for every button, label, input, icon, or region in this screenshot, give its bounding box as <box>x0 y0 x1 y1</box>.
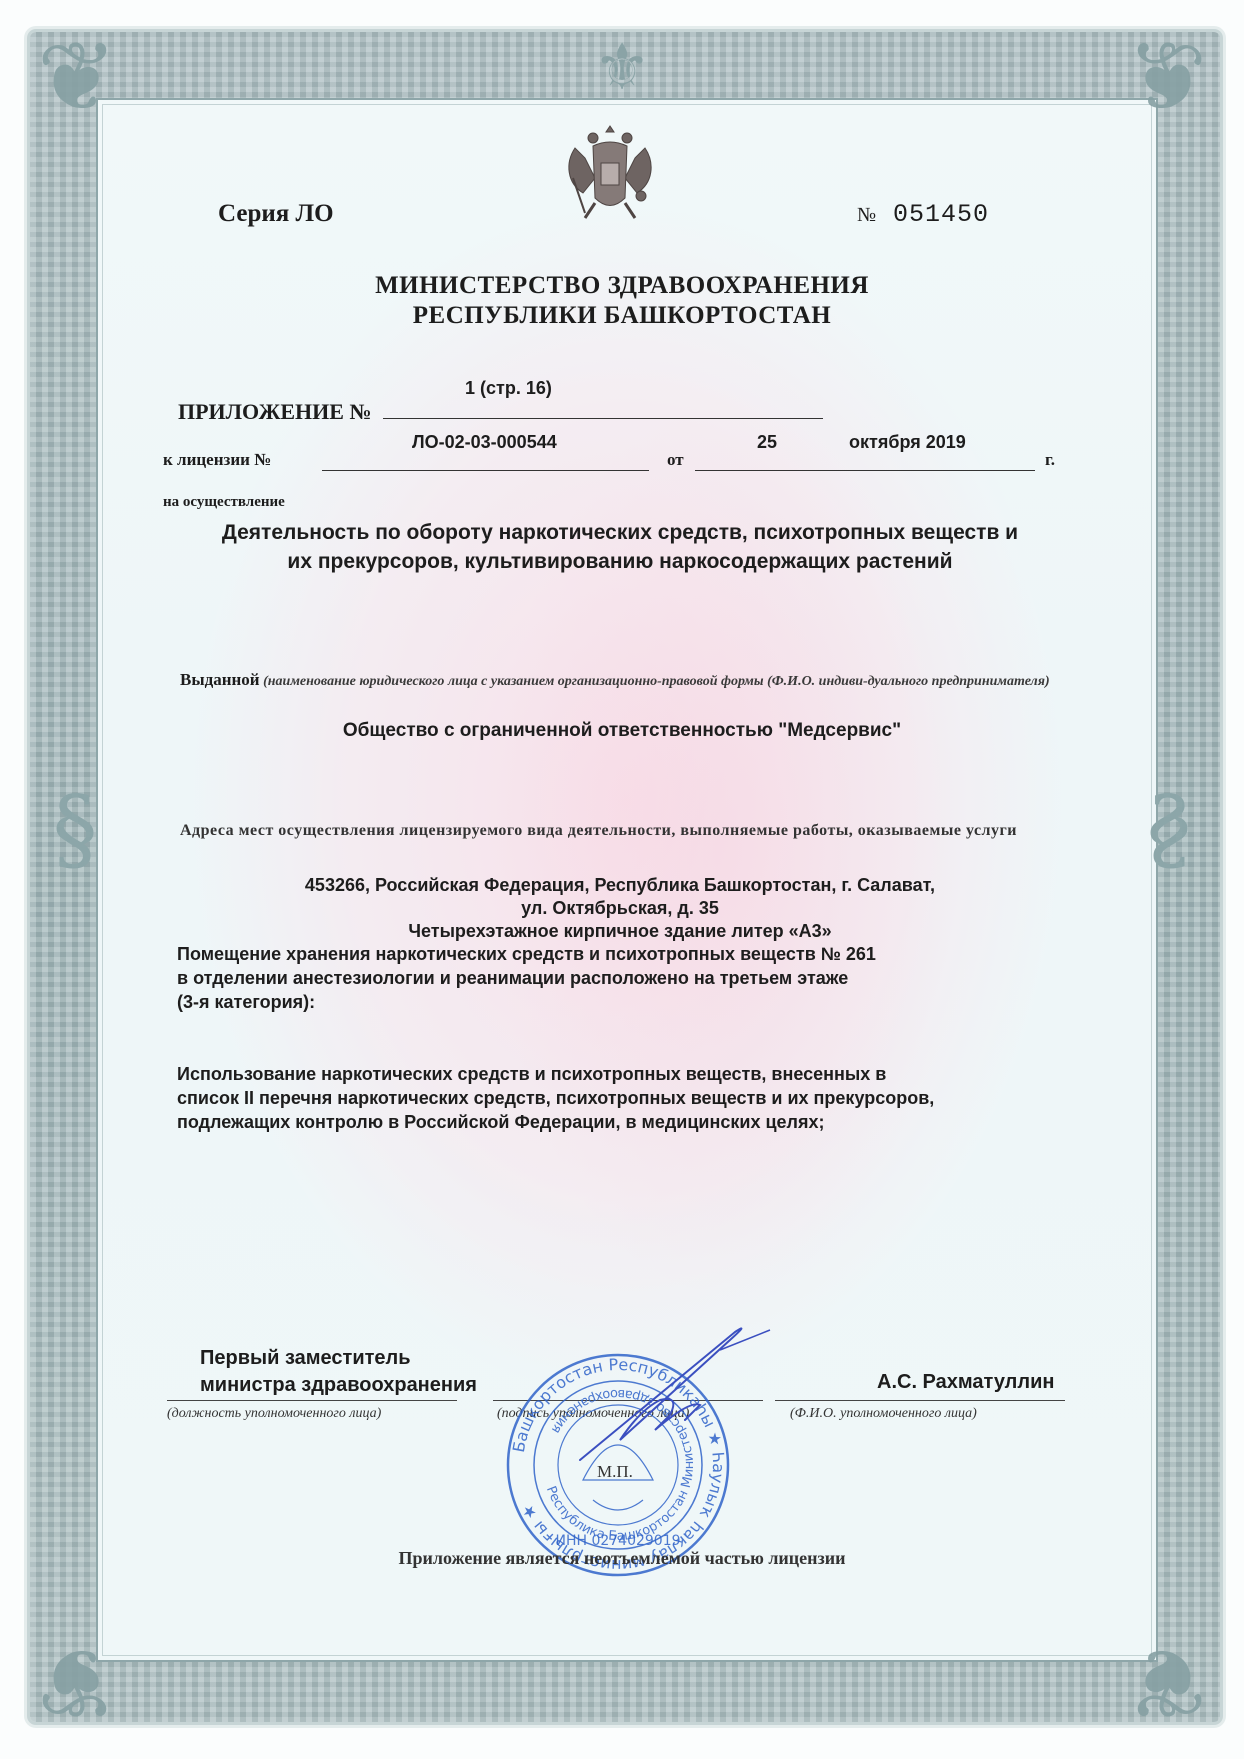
address-line2: ул. Октябрьская, д. 35 <box>170 898 1070 919</box>
license-label: к лицензии № <box>163 450 271 470</box>
series-label: Серия ЛО <box>218 200 334 228</box>
activity-description: Деятельность по обороту наркотических ср… <box>170 518 1070 576</box>
signatory-name: А.С. Рахматуллин <box>877 1371 1054 1394</box>
license-underline <box>322 470 649 471</box>
appendix-underline <box>383 418 823 419</box>
address-line6: (3-я категория): <box>177 992 315 1013</box>
number-sign: № <box>857 204 876 227</box>
footer-note: Приложение является неотъемлемой частью … <box>0 1548 1244 1569</box>
signatory-position-line1: Первый заместитель <box>200 1345 477 1372</box>
activity-line2: их прекурсоров, культивированию наркосод… <box>170 547 1070 576</box>
scroll-ornament-icon: § <box>40 755 110 905</box>
issued-label: Выданной <box>180 670 260 689</box>
issued-to-label: Выданной (наименование юридического лица… <box>180 668 1070 694</box>
usage-line2: список II перечня наркотических средств,… <box>177 1086 1077 1110</box>
year-suffix: г. <box>1045 450 1055 470</box>
date-from-label: от <box>667 450 684 470</box>
address-line4: Помещение хранения наркотических средств… <box>177 944 876 965</box>
corner-ornament-icon: ❦ <box>22 1627 132 1737</box>
name-caption: (Ф.И.О. уполномоченного лица) <box>790 1406 977 1422</box>
appendix-label: ПРИЛОЖЕНИЕ № <box>178 399 372 425</box>
stamp-inn: ИНН 0274029019 <box>555 1533 680 1549</box>
organization-name: Общество с ограниченной ответственностью… <box>0 720 1244 742</box>
license-number: ЛО-02-03-000544 <box>412 432 557 453</box>
usage-description: Использование наркотических средств и пс… <box>177 1062 1077 1134</box>
coat-of-arms-icon <box>555 118 665 228</box>
position-caption: (должность уполномоченного лица) <box>167 1406 381 1422</box>
address-line3: Четырехэтажное кирпичное здание литер «А… <box>170 921 1070 942</box>
activity-line1: Деятельность по обороту наркотических ср… <box>170 518 1070 547</box>
corner-ornament-icon: ❦ <box>1112 1627 1222 1737</box>
ministry-title-line1: МИНИСТЕРСТВО ЗДРАВООХРАНЕНИЯ <box>0 272 1244 300</box>
date-underline <box>695 470 1035 471</box>
corner-ornament-icon: ❦ <box>22 22 132 132</box>
address-line5: в отделении анестезиологии и реанимации … <box>177 968 848 989</box>
signatory-position-line2: министра здравоохранения <box>200 1372 477 1399</box>
appendix-number: 1 (стр. 16) <box>465 378 552 399</box>
ministry-title-line2: РЕСПУБЛИКИ БАШКОРТОСТАН <box>0 302 1244 330</box>
usage-line3: подлежащих контролю в Российской Федерац… <box>177 1110 1077 1134</box>
license-date-day: 25 <box>757 432 777 453</box>
issued-hint: (наименование юридического лица с указан… <box>263 674 1050 689</box>
name-underline <box>775 1400 1065 1401</box>
activity-label: на осуществление <box>163 494 285 511</box>
address-label: Адреса мест осуществления лицензируемого… <box>180 818 1070 844</box>
scroll-ornament-icon: § <box>1134 755 1204 905</box>
address-line1: 453266, Российская Федерация, Республика… <box>170 875 1070 896</box>
position-underline <box>167 1400 457 1401</box>
fleur-de-lis-ornament-icon: ⚜ <box>520 28 724 108</box>
corner-ornament-icon: ❦ <box>1112 22 1222 132</box>
license-date-month-year: октября 2019 <box>849 432 966 453</box>
handwritten-signature <box>560 1320 780 1470</box>
form-number: 051450 <box>893 200 989 229</box>
signatory-position: Первый заместитель министра здравоохране… <box>200 1345 477 1399</box>
usage-line1: Использование наркотических средств и пс… <box>177 1062 1077 1086</box>
